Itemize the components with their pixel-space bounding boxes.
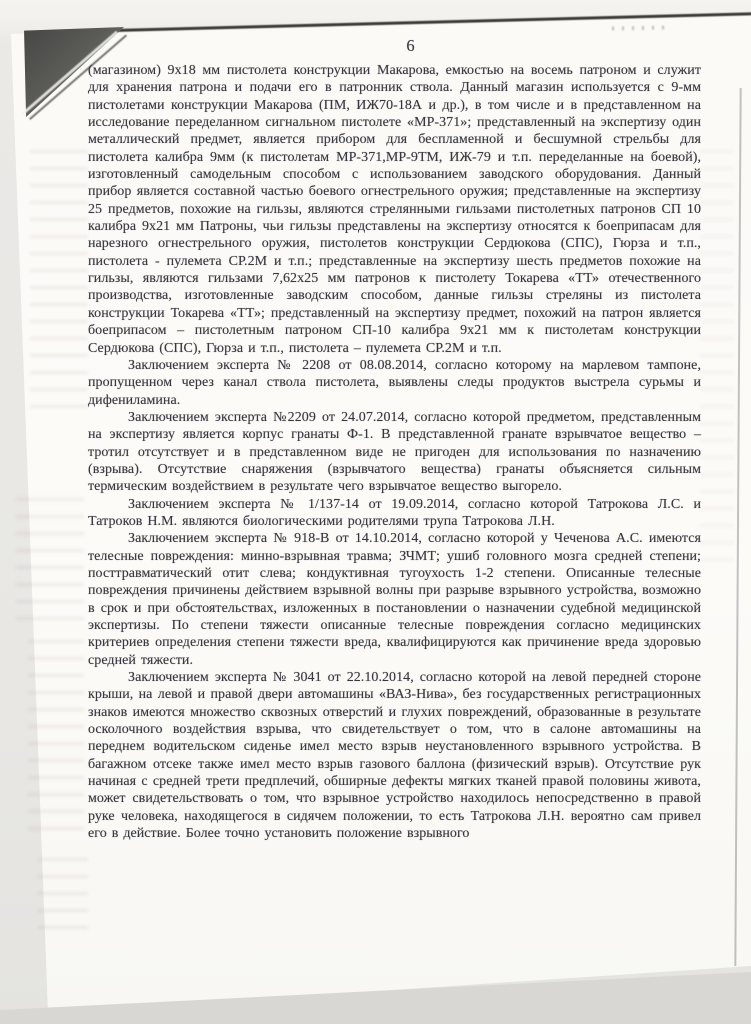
paragraph-expert-3041: Заключением эксперта № 3041 от 22.10.201… <box>88 669 701 842</box>
bleed-through-smudge <box>38 858 88 942</box>
paragraph-continuation: (магазином) 9х18 мм пистолета конструкци… <box>88 62 701 357</box>
document-text: (магазином) 9х18 мм пистолета конструкци… <box>88 62 701 842</box>
paragraph-expert-1-137-14: Заключением эксперта № 1/137-14 от 19.09… <box>88 496 701 531</box>
bleed-through-smudge <box>28 640 84 840</box>
bleed-through-smudge <box>16 498 84 622</box>
paragraph-expert-918v: Заключением эксперта № 918-В от 14.10.20… <box>88 530 701 669</box>
paragraph-expert-2209: Заключением эксперта №2209 от 24.07.2014… <box>88 409 701 496</box>
paragraph-expert-2208: Заключением эксперта № 2208 от 08.08.201… <box>88 357 701 409</box>
bleed-through-smudge <box>700 150 734 570</box>
bleed-through-smudge <box>30 150 88 422</box>
page-number: 6 <box>104 36 717 56</box>
